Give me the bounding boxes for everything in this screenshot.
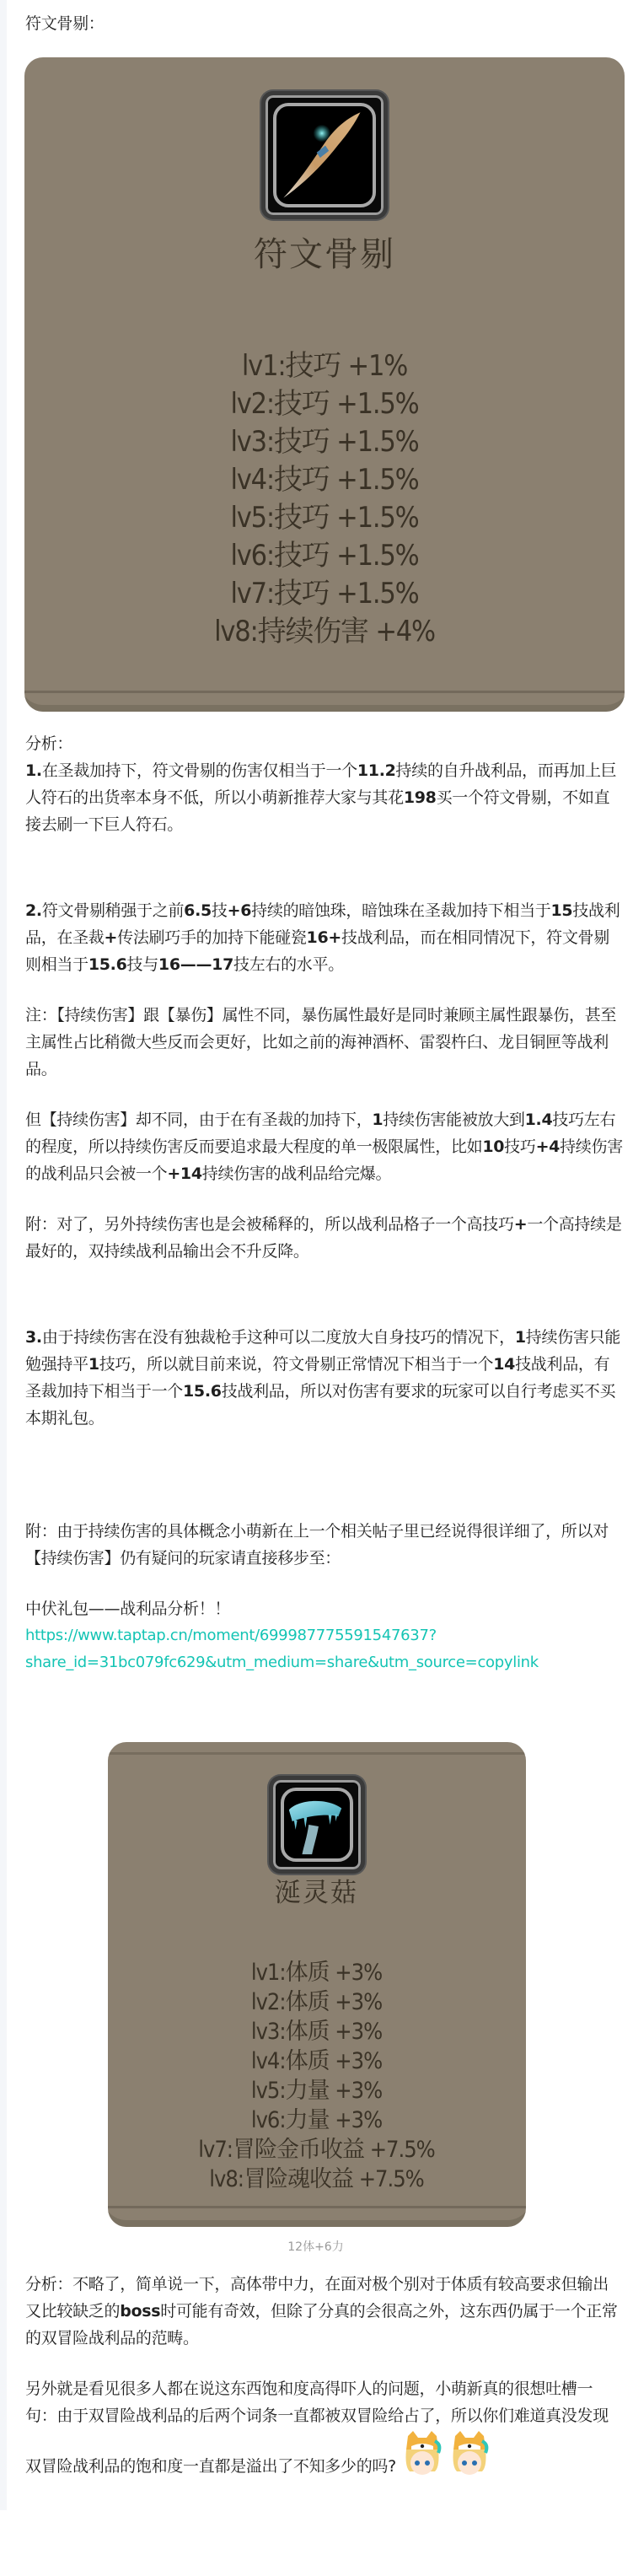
image-caption: 12体+6力 bbox=[8, 2239, 623, 2256]
item-stats-list: lv1:技巧 +1% lv2:技巧 +1.5% lv3:技巧 +1.5% lv4… bbox=[24, 347, 625, 651]
stat-line: lv7:技巧 +1.5% bbox=[24, 575, 625, 613]
stat-line: lv3:技巧 +1.5% bbox=[24, 423, 625, 461]
stat-line: lv5:力量 +3% bbox=[108, 2076, 526, 2105]
section-heading: 符文骨剔： bbox=[25, 0, 623, 37]
article-body: 符文骨剔： bbox=[0, 0, 633, 2510]
spirit-mushroom-icon bbox=[269, 1776, 365, 1874]
analysis-but: 但【持续伤害】却不同，由于在有圣裁的加持下，1持续伤害能被放大到1.4技巧左右的… bbox=[25, 1106, 623, 1187]
dagger-glyph-icon bbox=[276, 106, 373, 204]
stat-line: lv1:体质 +3% bbox=[108, 1958, 526, 1987]
stat-line: lv8:持续伤害 +4% bbox=[24, 613, 625, 651]
item-name: 涎灵菇 bbox=[108, 1877, 526, 1909]
analysis-2-other: 另外就是看见很多人都在说这东西饱和度高得吓人的问题，小萌新真的很想吐槽一句：由于… bbox=[25, 2375, 623, 2429]
card-top-line bbox=[108, 1752, 526, 1755]
stat-line: lv8:冒险魂收益 +7.5% bbox=[108, 2165, 526, 2194]
item-stats-list: lv1:体质 +3% lv2:体质 +3% lv3:体质 +3% lv4:体质 … bbox=[108, 1958, 526, 2194]
item-card-spirit-mushroom: 涎灵菇 lv1:体质 +3% lv2:体质 +3% lv3:体质 +3% lv4… bbox=[108, 1742, 526, 2227]
stat-line: lv3:体质 +3% bbox=[108, 2017, 526, 2046]
analysis-2-last: 双冒险战利品的饱和度一直都是溢出了不知多少的吗? bbox=[25, 2429, 623, 2493]
stat-line: lv1:技巧 +1% bbox=[24, 347, 625, 385]
analysis-label: 分析： bbox=[25, 730, 623, 757]
shiba-hat-girl-emoji-icon bbox=[448, 2429, 491, 2482]
link-line-1[interactable]: https://www.taptap.cn/moment/69998777559… bbox=[25, 1627, 437, 1644]
stat-line: lv5:技巧 +1.5% bbox=[24, 499, 625, 537]
analysis-point-1: 1.在圣裁加持下，符文骨剔的伤害仅相当于一个11.2持续的自升战利品，而再加上巨… bbox=[25, 757, 623, 838]
stat-line: lv4:技巧 +1.5% bbox=[24, 461, 625, 499]
taptap-link[interactable]: https://www.taptap.cn/moment/69998777559… bbox=[25, 1622, 623, 1676]
stat-line: lv7:冒险金币收益 +7.5% bbox=[108, 2135, 526, 2165]
item-card-rune-bone: 符文骨剔 lv1:技巧 +1% lv2:技巧 +1.5% lv3:技巧 +1.5… bbox=[24, 57, 625, 712]
rune-bone-dagger-icon bbox=[261, 91, 388, 219]
analysis-note: 注：【持续伤害】跟【暴伤】属性不同，暴伤属性最好是同时兼顾主属性跟暴伤，甚至主属… bbox=[25, 1002, 623, 1083]
shiba-hat-girl-emoji-icon bbox=[401, 2429, 443, 2482]
analysis-appendix-1: 附：对了，另外持续伤害也是会被稀释的，所以战利品格子一个高技巧+一个高持续是最好… bbox=[25, 1211, 623, 1265]
stat-line: lv6:技巧 +1.5% bbox=[24, 537, 625, 575]
item-name: 符文骨剔 bbox=[24, 234, 625, 275]
mushroom-glyph-icon bbox=[284, 1791, 350, 1858]
analysis-point-2: 2.符文骨剔稍强于之前6.5技+6持续的暗蚀珠，暗蚀珠在圣裁加持下相当于15技战… bbox=[25, 897, 623, 978]
analysis-point-3: 3.由于持续伤害在没有独裁枪手这种可以二度放大自身技巧的情况下，1持续伤害只能勉… bbox=[25, 1324, 623, 1432]
link-title: 中伏礼包——战利品分析！！ bbox=[25, 1595, 623, 1622]
stat-line: lv4:体质 +3% bbox=[108, 2046, 526, 2076]
analysis-2: 分析：不略了，简单说一下，高体带中力，在面对极个别对于体质有较高要求但输出又比较… bbox=[25, 2271, 623, 2352]
stat-line: lv2:体质 +3% bbox=[108, 1987, 526, 2017]
stat-line: lv2:技巧 +1.5% bbox=[24, 385, 625, 423]
stat-line: lv6:力量 +3% bbox=[108, 2105, 526, 2135]
analysis-appendix-2: 附：由于持续伤害的具体概念小萌新在上一个相关帖子里已经说得很详细了，所以对【持续… bbox=[25, 1518, 623, 1572]
link-line-2[interactable]: share_id=31bc079fc629&utm_medium=share&u… bbox=[25, 1654, 539, 1671]
